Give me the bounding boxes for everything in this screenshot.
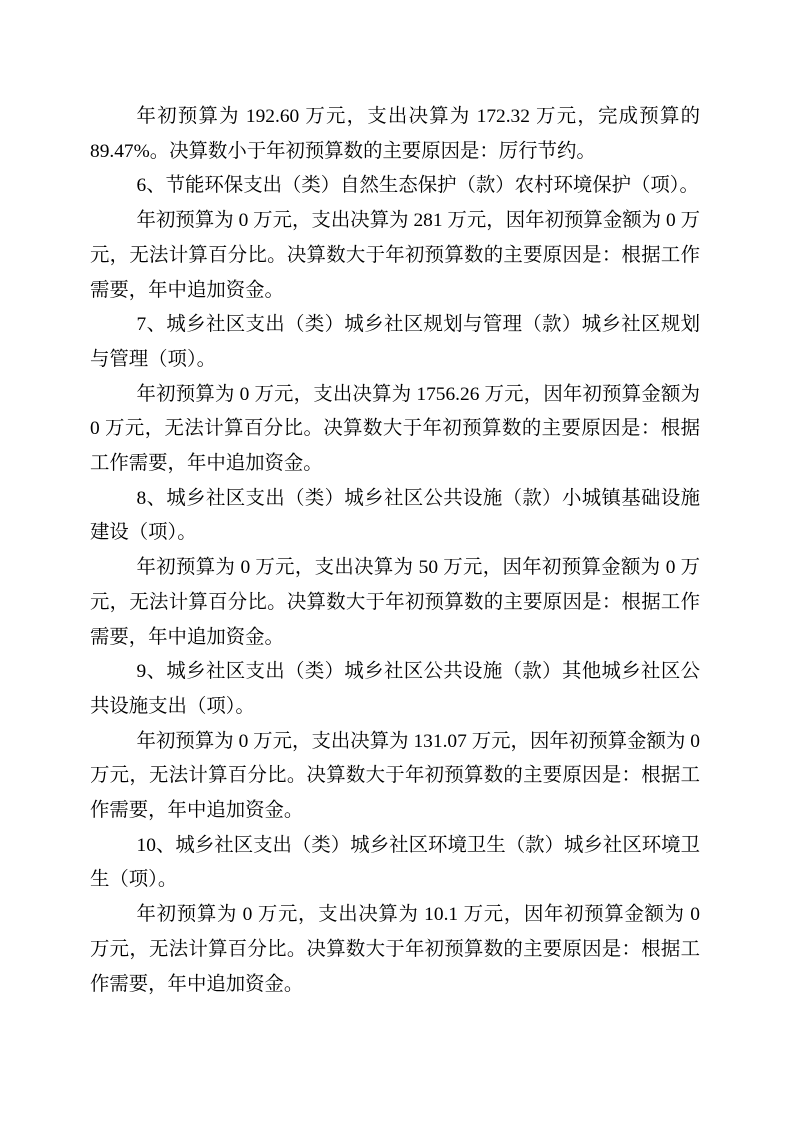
body-paragraph: 年初预算为 0 万元，支出决算为 10.1 万元，因年初预算金额为 0 万元，无…	[90, 898, 700, 1002]
item-heading-paragraph: 10、城乡社区支出（类）城乡社区环境卫生（款）城乡社区环境卫生（项）。	[90, 829, 700, 898]
body-paragraph: 年初预算为 192.60 万元，支出决算为 172.32 万元，完成预算的 89…	[90, 100, 700, 169]
document-page: 年初预算为 192.60 万元，支出决算为 172.32 万元，完成预算的 89…	[0, 0, 793, 1122]
document-body: 年初预算为 192.60 万元，支出决算为 172.32 万元，完成预算的 89…	[0, 0, 793, 1002]
item-heading-paragraph: 7、城乡社区支出（类）城乡社区规划与管理（款）城乡社区规划与管理（项）。	[90, 308, 700, 377]
item-heading-paragraph: 6、节能环保支出（类）自然生态保护（款）农村环境保护（项）。	[90, 169, 700, 204]
body-paragraph: 年初预算为 0 万元，支出决算为 50 万元，因年初预算金额为 0 万元，无法计…	[90, 551, 700, 655]
item-heading-paragraph: 8、城乡社区支出（类）城乡社区公共设施（款）小城镇基础设施建设（项）。	[90, 482, 700, 551]
body-paragraph: 年初预算为 0 万元，支出决算为 281 万元，因年初预算金额为 0 万元，无法…	[90, 204, 700, 308]
body-paragraph: 年初预算为 0 万元，支出决算为 131.07 万元，因年初预算金额为 0 万元…	[90, 725, 700, 829]
body-paragraph: 年初预算为 0 万元，支出决算为 1756.26 万元，因年初预算金额为 0 万…	[90, 378, 700, 482]
item-heading-paragraph: 9、城乡社区支出（类）城乡社区公共设施（款）其他城乡社区公共设施支出（项）。	[90, 655, 700, 724]
